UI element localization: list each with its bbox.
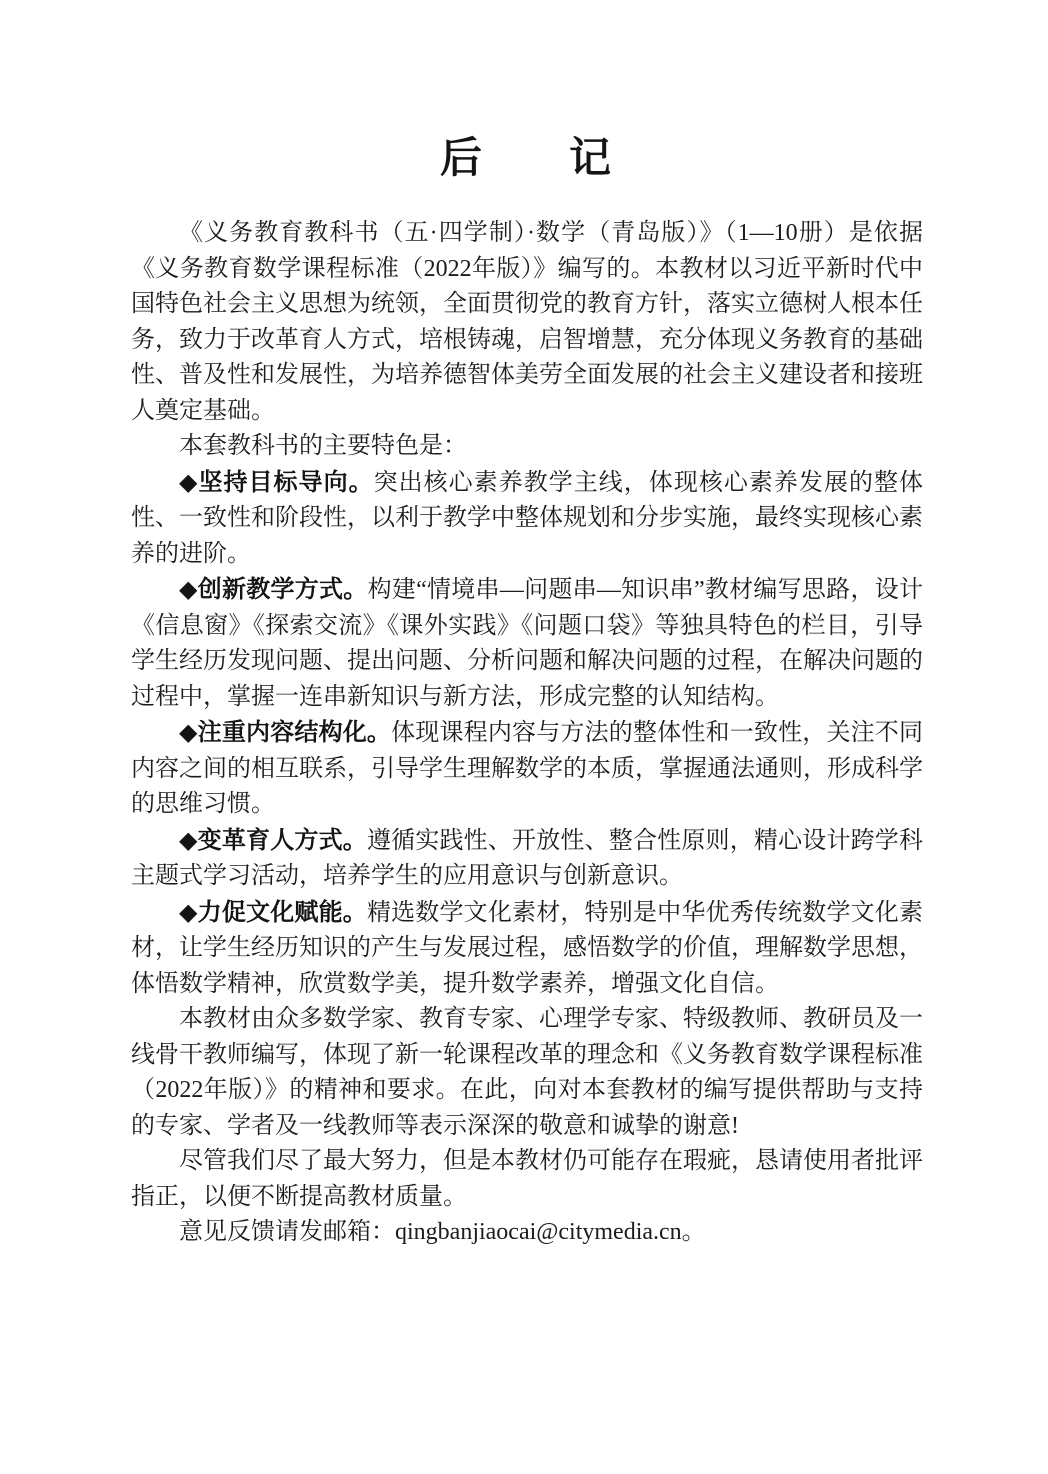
bullet-lead: ◆注重内容结构化。 (179, 719, 391, 746)
bullet-lead: ◆变革育人方式。 (179, 827, 367, 854)
feature-bullet-paragraph: ◆坚持目标导向。突出核心素养教学主线，体现核心素养发展的整体性、一致性和阶段性，… (131, 465, 923, 573)
paragraph-text: 本套教科书的主要特色是： (179, 433, 467, 459)
bullet-lead: ◆创新教学方式。 (179, 576, 368, 603)
feature-bullet-paragraph: ◆创新教学方式。构建“情境串—问题串—知识串”教材编写思路，设计《信息窗》《探索… (131, 572, 923, 715)
body-paragraph: 《义务教育教科书（五·四学制）·数学（青岛版）》（1—10册）是依据《义务教育数… (131, 216, 923, 429)
body-paragraph: 本教材由众多数学家、教育专家、心理学专家、特级教师、教研员及一线骨干教师编写，体… (131, 1002, 923, 1144)
feature-bullet-paragraph: ◆注重内容结构化。体现课程内容与方法的整体性和一致性，关注不同内容之间的相互联系… (131, 715, 923, 823)
bullet-lead: ◆坚持目标导向。 (179, 469, 374, 496)
bullet-lead: ◆力促文化赋能。 (179, 899, 367, 926)
paragraph-text: 意见反馈请发邮箱：qingbanjiaocai@citymedia.cn。 (179, 1219, 706, 1245)
feature-bullet-paragraph: ◆变革育人方式。遵循实践性、开放性、整合性原则，精心设计跨学科主题式学习活动，培… (131, 823, 923, 895)
page-title: 后 记 (130, 137, 922, 181)
feature-bullet-paragraph: ◆力促文化赋能。精选数学文化素材，特别是中华优秀传统数学文化素材，让学生经历知识… (131, 895, 923, 1003)
paragraph-text: 本教材由众多数学家、教育专家、心理学专家、特级教师、教研员及一线骨干教师编写，体… (131, 1006, 923, 1139)
afterword-body: 《义务教育教科书（五·四学制）·数学（青岛版）》（1—10册）是依据《义务教育数… (131, 216, 923, 1251)
paragraph-text: 尽管我们尽了最大努力，但是本教材仍可能存在瑕疵，恳请使用者批评指正，以便不断提高… (131, 1148, 923, 1210)
body-paragraph: 本套教科书的主要特色是： (131, 429, 923, 465)
body-paragraph: 尽管我们尽了最大努力，但是本教材仍可能存在瑕疵，恳请使用者批评指正，以便不断提高… (131, 1144, 923, 1215)
body-paragraph: 意见反馈请发邮箱：qingbanjiaocai@citymedia.cn。 (131, 1215, 923, 1251)
paragraph-text: 《义务教育教科书（五·四学制）·数学（青岛版）》（1—10册）是依据《义务教育数… (131, 220, 923, 424)
afterword-page: 后 记 《义务教育教科书（五·四学制）·数学（青岛版）》（1—10册）是依据《义… (0, 0, 1048, 1474)
